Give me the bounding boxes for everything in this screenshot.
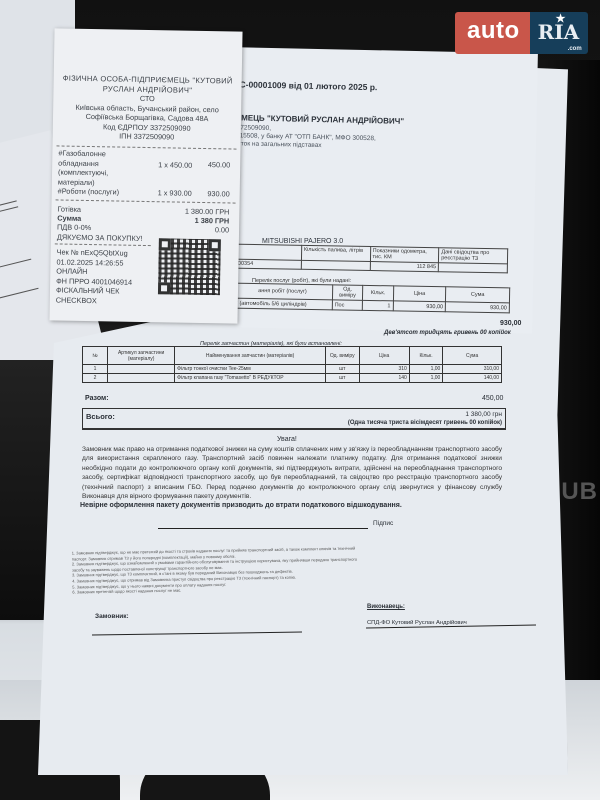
services-header: Кільк. — [363, 285, 394, 301]
receipt-separator — [56, 199, 236, 203]
receipt-footer: Чек № nExQ5QbtXug 01.02.2025 14:26:55 ОН… — [56, 247, 157, 306]
qr-code-icon — [155, 235, 224, 298]
part-qty: 1,00 — [409, 374, 443, 383]
receipt-item-total: 450.00 — [208, 160, 230, 170]
grand-total-label: Всього: — [86, 412, 115, 421]
receipt-provider: CHECKBOX — [56, 295, 156, 306]
tax-notice-warning: Невірне оформлення пакету документів при… — [80, 502, 402, 509]
parts-table: № Артикул запчастини (матеріалу) Наймену… — [82, 346, 502, 383]
receipt-item: #Газобалонне обладнання (комплектуючі, м… — [58, 148, 235, 189]
attention-title: Увага! — [277, 436, 297, 443]
table-row: 1 Фільтр тонкої очистки Tee-25мм шт 310 … — [83, 365, 502, 374]
table-row: 2 Фільтр клапана газу "Tomasetto" В РЕДУ… — [83, 374, 502, 383]
receipt-header: ФІЗИЧНА ОСОБА-ПІДПРИЄМЕЦЬ "КУТОВИЙ РУСЛА… — [57, 73, 238, 143]
service-name: 7 (автомобіль 5/6 циліндрів) — [232, 298, 332, 310]
services-header: Ціна — [393, 286, 446, 302]
autoria-logo: auto ★ RIA .com — [455, 12, 588, 54]
part-unit: шт — [326, 374, 360, 383]
parts-subtotal: 450,00 — [482, 395, 503, 402]
service-sum: 930,00 — [446, 302, 510, 313]
part-no: 2 — [83, 374, 108, 383]
service-price: 930,00 — [393, 301, 446, 312]
grand-total-value: 1 380,00 грн — [465, 411, 502, 418]
receipt-ipn: ІПН 3372509090 — [57, 130, 237, 143]
executor-label: Виконавець: — [367, 604, 405, 610]
signature-line — [158, 528, 368, 529]
grand-total-box: Всього: 1 380,00 грн (Одна тисяча триста… — [82, 408, 506, 430]
parts-header: № — [83, 347, 108, 365]
logo-ria-badge: ★ RIA .com — [530, 12, 588, 54]
vehicle-header: Кількість палива, літрів — [301, 245, 370, 261]
receipt-item-total: 930.00 — [207, 189, 229, 199]
customer-label: Замовник: — [95, 613, 129, 620]
receipt-sum-label: Сумма — [57, 213, 81, 222]
part-sum: 140,00 — [443, 374, 502, 383]
parts-header: Од. виміру — [326, 347, 360, 365]
part-price: 140 — [359, 374, 409, 383]
grand-total-words: (Одна тисяча триста вісімдесят гривень 0… — [348, 420, 502, 426]
services-total: 930,00 — [500, 320, 521, 327]
service-unit: Пос — [332, 300, 363, 311]
parts-header: Сума — [443, 347, 502, 365]
services-header: Од. виміру — [332, 285, 363, 301]
service-qty: 1 — [362, 300, 393, 311]
part-sku — [108, 374, 175, 383]
part-unit: шт — [326, 365, 360, 374]
vehicle-odometer: 112 845 — [370, 261, 439, 271]
logo-auto-text: auto — [455, 12, 530, 54]
receipt-separator — [55, 243, 151, 246]
part-name: Фільтр тонкої очистки Tee-25мм — [175, 365, 326, 374]
receipt-item: #Роботи (послуги) 1 x 930.00 930.00 — [58, 186, 234, 199]
receipt-vat-label: ПДВ 0-0% — [57, 222, 91, 232]
parts-header: Найменування запчастин (матеріалів) — [175, 347, 326, 365]
receipt-item-qty: 1 x 930.00 — [158, 188, 192, 198]
signature-label: Підпис — [373, 520, 393, 527]
services-header: ання робіт (послуг) — [232, 283, 332, 300]
logo-com-text: .com — [568, 46, 582, 52]
receipt-item-qty: 1 x 450.00 — [158, 160, 192, 170]
star-icon: ★ — [556, 12, 566, 25]
vehicle-vin: 500354 — [232, 259, 301, 269]
services-header: Сума — [446, 287, 510, 303]
parts-subtotal-label: Разом: — [85, 395, 109, 402]
parts-header: Артикул запчастини (матеріалу) — [108, 347, 175, 365]
part-qty: 1,00 — [409, 365, 443, 374]
fiscal-receipt: ФІЗИЧНА ОСОБА-ПІДПРИЄМЕЦЬ "КУТОВИЙ РУСЛА… — [49, 28, 242, 323]
terms-list: 1. Замовник підтверджує, що не має прете… — [72, 545, 363, 595]
vehicle-header: Показники одометра, тис. КМ — [370, 247, 439, 263]
part-sum: 310,00 — [443, 365, 502, 374]
parts-header: Кільк. — [409, 347, 443, 365]
tax-notice: Замовник має право на отримання податков… — [82, 445, 502, 501]
services-table: ання робіт (послуг) Од. виміру Кільк. Ці… — [232, 283, 510, 314]
part-price: 310 — [359, 365, 409, 374]
receipt-vat-value: 0.00 — [215, 225, 229, 235]
part-name: Фільтр клапана газу "Tomasetto" В РЕДУКТ… — [175, 374, 326, 383]
receipt-cash-label: Готівка — [57, 204, 81, 213]
part-no: 1 — [83, 365, 108, 374]
vehicle-header: Дані свідоцтва про реєстрацію ТЗ — [439, 248, 508, 264]
vehicle-table: Кількість палива, літрів Показники одоме… — [232, 244, 508, 274]
part-sku — [108, 365, 175, 374]
services-total-words: Дев'ятсот тридцять гривень 00 копійок — [384, 330, 511, 336]
parts-header: Ціна — [359, 347, 409, 365]
